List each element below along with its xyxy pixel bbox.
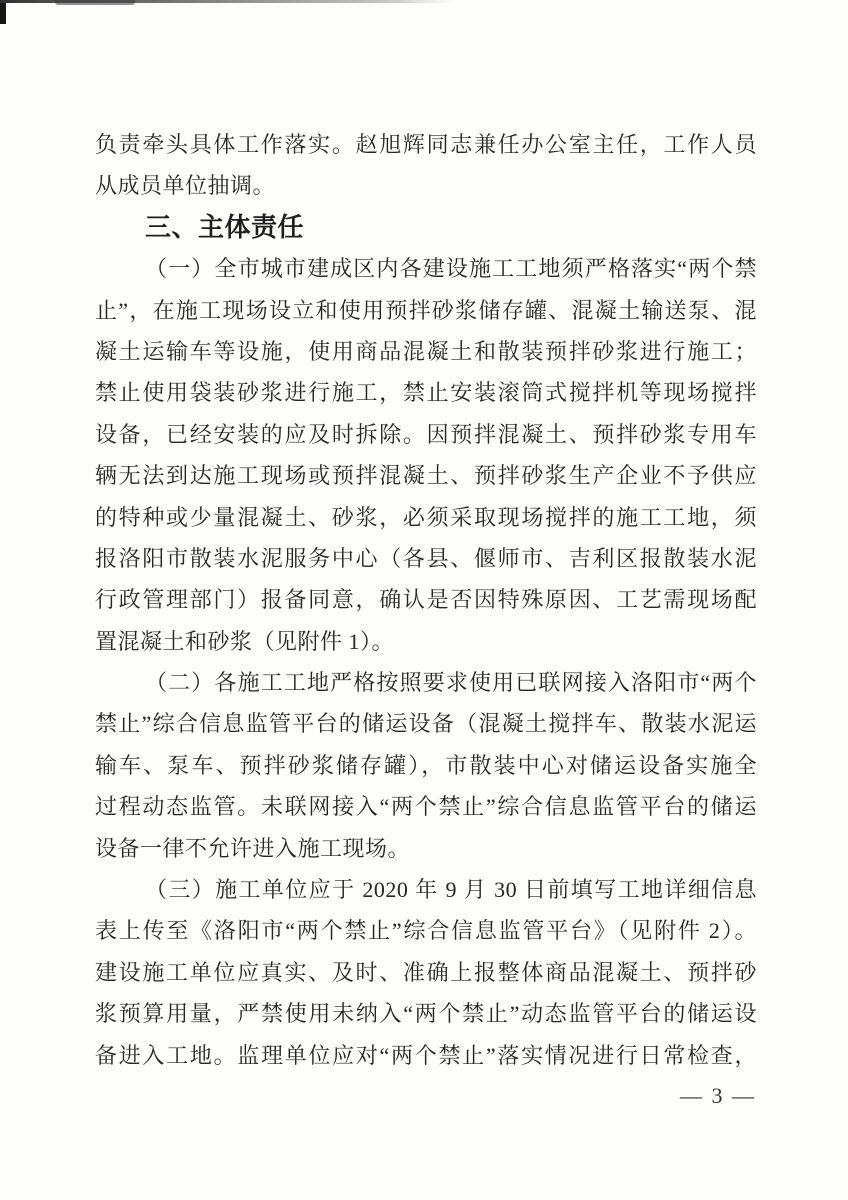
paragraph: （二）各施工工地严格按照要求使用已联网接入洛阳市“两个 禁止”综合信息监管平台的… xyxy=(95,662,757,869)
text-line: 设备，已经安装的应及时拆除。因预拌混凝土、预拌砂浆专用车 xyxy=(95,414,757,455)
text-line: 置混凝土和砂浆（见附件 1）。 xyxy=(95,621,757,662)
text-line: 设备一律不允许进入施工现场。 xyxy=(95,828,757,869)
document-page: 负责牵头具体工作落实。赵旭辉同志兼任办公室主任，工作人员 从成员单位抽调。 三、… xyxy=(0,0,848,1200)
text-line: 的特种或少量混凝土、砂浆，必须采取现场搅拌的施工工地，须 xyxy=(95,497,757,538)
text-line: 辆无法到达施工现场或预拌混凝土、预拌砂浆生产企业不予供应 xyxy=(95,455,757,496)
paragraph: 负责牵头具体工作落实。赵旭辉同志兼任办公室主任，工作人员 从成员单位抽调。 xyxy=(95,124,757,207)
text-line: 报洛阳市散装水泥服务中心（各县、偃师市、吉利区报散装水泥 xyxy=(95,538,757,579)
text-line: 行政管理部门）报备同意，确认是否因特殊原因、工艺需现场配 xyxy=(95,579,757,620)
text-line: 浆预算用量，严禁使用未纳入“两个禁止”动态监管平台的储运设 xyxy=(95,993,757,1034)
text-line: 从成员单位抽调。 xyxy=(95,165,757,206)
text-line: 凝土运输车等设施，使用商品混凝土和散装预拌砂浆进行施工； xyxy=(95,331,757,372)
document-body: 负责牵头具体工作落实。赵旭辉同志兼任办公室主任，工作人员 从成员单位抽调。 三、… xyxy=(95,124,757,1076)
text-line: （二）各施工工地严格按照要求使用已联网接入洛阳市“两个 xyxy=(95,662,757,703)
text-line: 建设施工单位应真实、及时、准确上报整体商品混凝土、预拌砂 xyxy=(95,952,757,993)
text-line: （一）全市城市建成区内各建设施工工地须严格落实“两个禁 xyxy=(95,248,757,289)
text-line: 负责牵头具体工作落实。赵旭辉同志兼任办公室主任，工作人员 xyxy=(95,124,757,165)
page-number: — 3 — xyxy=(680,1083,756,1109)
text-line: 禁止”综合信息监管平台的储运设备（混凝土搅拌车、散装水泥运 xyxy=(95,703,757,744)
scan-artifact-corner xyxy=(0,0,6,24)
paragraph: （一）全市城市建成区内各建设施工工地须严格落实“两个禁 止”，在施工现场设立和使… xyxy=(95,248,757,662)
text-line: 止”，在施工现场设立和使用预拌砂浆储存罐、混凝土输送泵、混 xyxy=(95,290,757,331)
paragraph: （三）施工单位应于 2020 年 9 月 30 日前填写工地详细信息 表上传至《… xyxy=(95,869,757,1076)
scan-artifact-smudge xyxy=(55,0,135,5)
text-line: （三）施工单位应于 2020 年 9 月 30 日前填写工地详细信息 xyxy=(95,869,757,910)
text-line: 过程动态监管。未联网接入“两个禁止”综合信息监管平台的储运 xyxy=(95,786,757,827)
text-line: 表上传至《洛阳市“两个禁止”综合信息监管平台》（见附件 2）。 xyxy=(95,910,757,951)
section-heading: 三、主体责任 xyxy=(95,207,757,248)
text-line: 输车、泵车、预拌砂浆储存罐），市散装中心对储运设备实施全 xyxy=(95,745,757,786)
paragraph-heading: 三、主体责任 xyxy=(95,207,757,248)
text-line: 备进入工地。监理单位应对“两个禁止”落实情况进行日常检查， xyxy=(95,1035,757,1076)
text-line: 禁止使用袋装砂浆进行施工，禁止安装滚筒式搅拌机等现场搅拌 xyxy=(95,372,757,413)
